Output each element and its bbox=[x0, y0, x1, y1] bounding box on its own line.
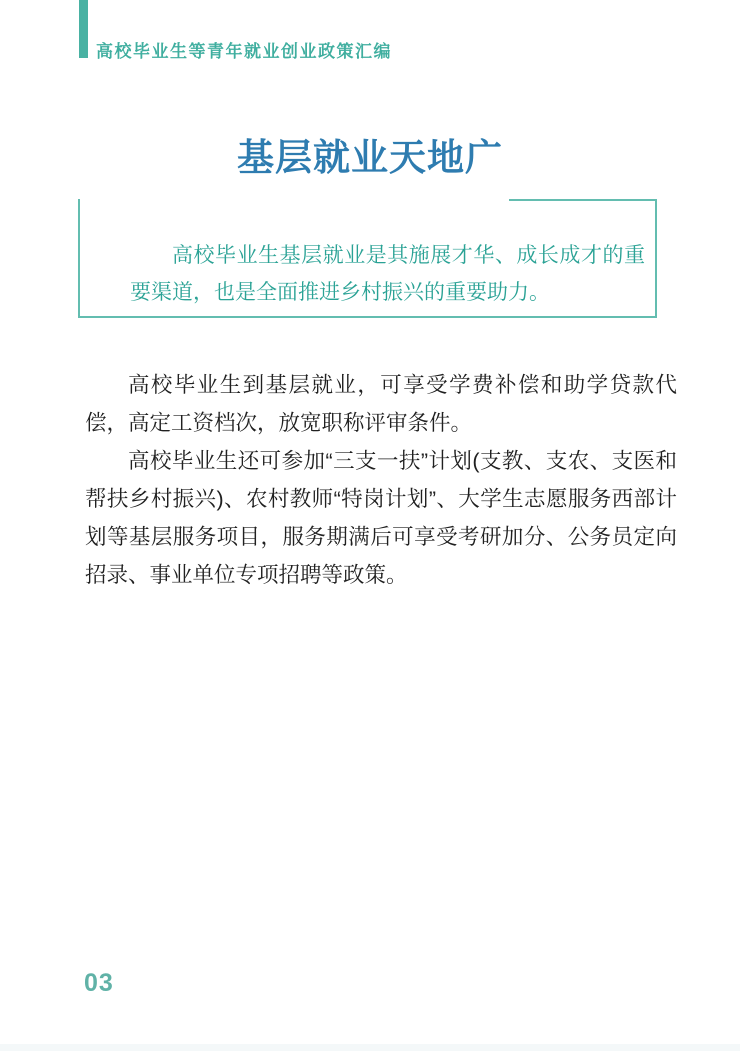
header-accent-bar bbox=[79, 0, 88, 58]
booklet-title: 高校毕业生等青年就业创业政策汇编 bbox=[96, 37, 392, 62]
page-title: 基层就业天地广 bbox=[0, 127, 740, 181]
quote-box: 高校毕业生基层就业是其施展才华、成长成才的重要渠道，也是全面推进乡村振兴的重要助… bbox=[78, 199, 657, 318]
document-page: 高校毕业生等青年就业创业政策汇编 基层就业天地广 高校毕业生基层就业是其施展才华… bbox=[0, 0, 740, 1051]
body-paragraph: 高校毕业生到基层就业，可享受学费补偿和助学贷款代偿，高定工资档次，放宽职称评审条… bbox=[85, 366, 677, 442]
body-text: 高校毕业生到基层就业，可享受学费补偿和助学贷款代偿，高定工资档次，放宽职称评审条… bbox=[85, 366, 677, 594]
page-number: 03 bbox=[84, 969, 114, 998]
page-bottom-edge bbox=[0, 1044, 740, 1051]
body-paragraph: 高校毕业生还可参加“三支一扶”计划(支教、支农、支医和帮扶乡村振兴)、农村教师“… bbox=[85, 442, 677, 594]
quote-text: 高校毕业生基层就业是其施展才华、成长成才的重要渠道，也是全面推进乡村振兴的重要助… bbox=[80, 199, 655, 311]
